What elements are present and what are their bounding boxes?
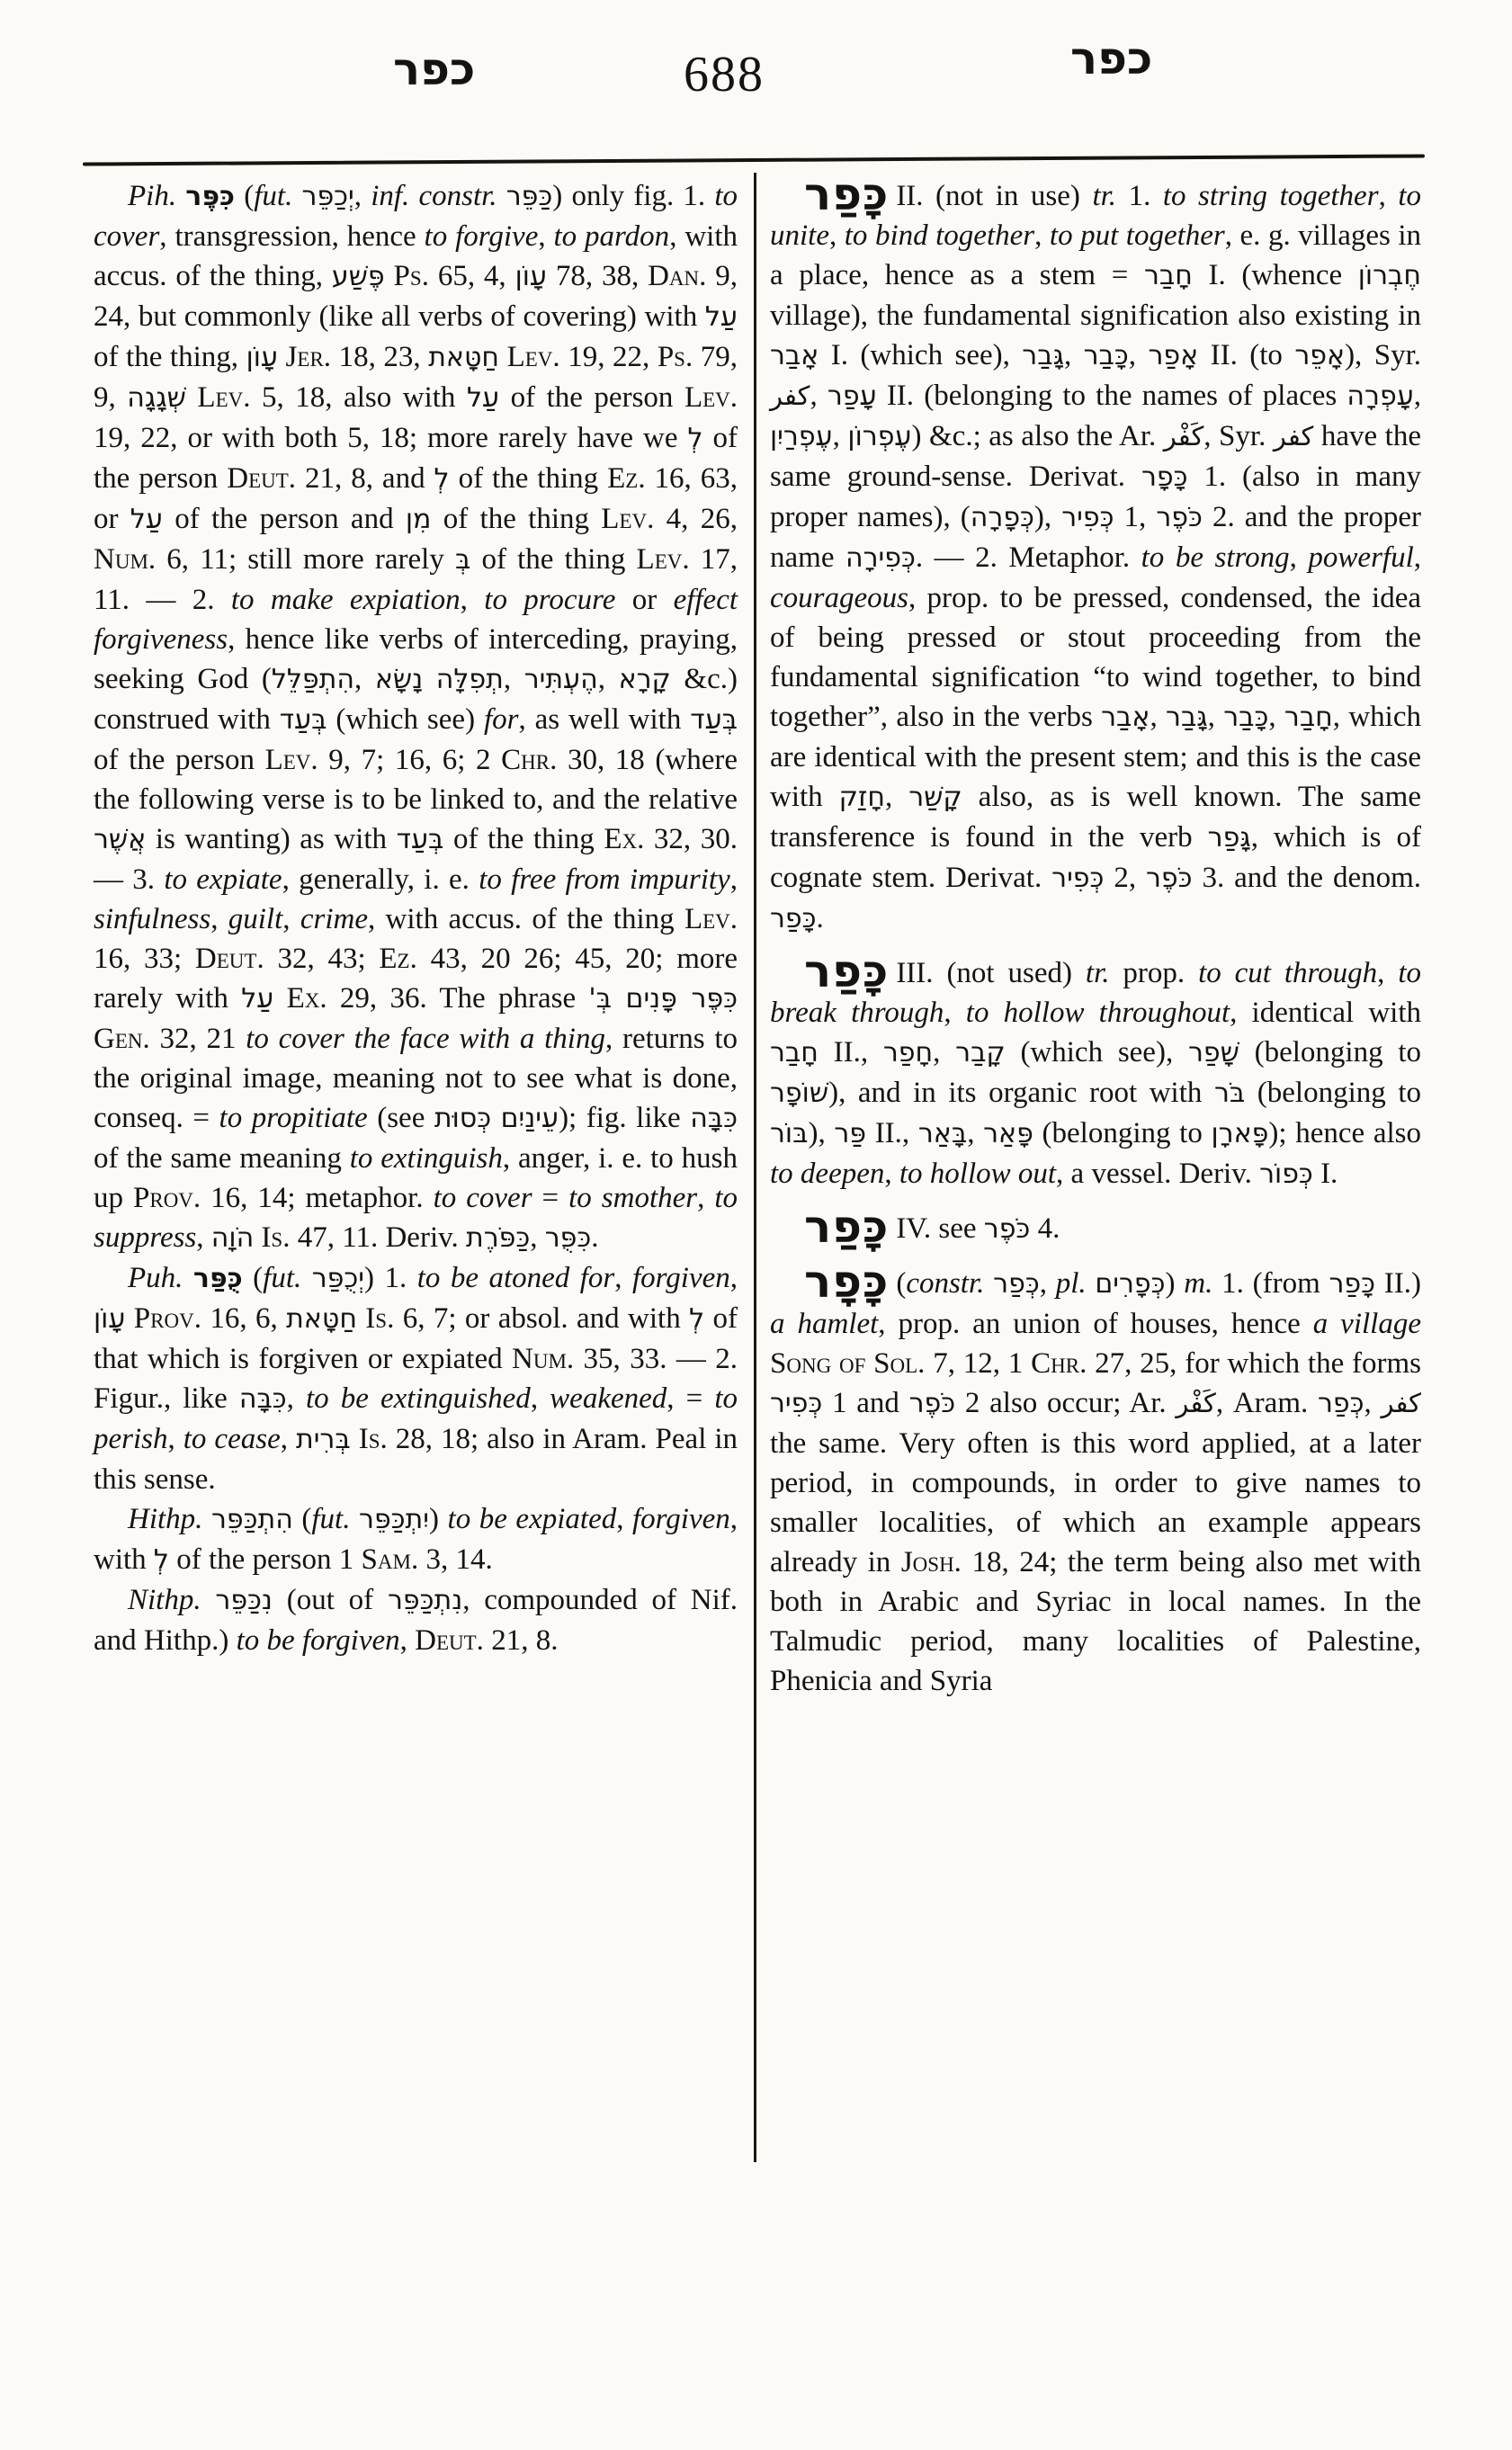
- right-column: כָּפַרII. (not in use) tr. 1. to string …: [770, 176, 1421, 1701]
- entry-kaphar-ii: כָּפַרII. (not in use) tr. 1. to string …: [770, 176, 1421, 939]
- pual-section: Puh. כֻּפַּר (fut. יְכֻפַּר) 1. to be at…: [94, 1258, 738, 1499]
- hebrew-headword: כָּפַר: [804, 168, 889, 220]
- pihel-section: Pih. כִּפֶּר (fut. יְכַפֵּר, inf. constr…: [94, 176, 738, 1258]
- entry-body: II. (not in use) tr. 1. to string togeth…: [770, 180, 1421, 934]
- left-column: Pih. כִּפֶּר (fut. יְכַפֵּר, inf. constr…: [94, 176, 738, 1660]
- header-rule: [83, 154, 1425, 165]
- hebrew-headword: כָּפַר: [804, 945, 889, 997]
- entry-body: IV. see כֹּפֶר 4.: [896, 1212, 1060, 1245]
- hebrew-headword: כָּפַר: [804, 1201, 889, 1253]
- column-divider-rule: [754, 173, 756, 2162]
- header-catchword-left: כפר: [393, 47, 475, 92]
- entry-body: (constr. כְּפַר, pl. כְּפָרִים) m. 1. (f…: [770, 1267, 1421, 1697]
- hebrew-headword: כָּפָר: [804, 1256, 889, 1308]
- entry-kaphar-iii: כָּפַרIII. (not used) tr. prop. to cut t…: [770, 953, 1421, 1194]
- entry-kaphar-iv: כָּפַרIV. see כֹּפֶר 4.: [770, 1209, 1421, 1249]
- hithpael-section: Hithp. הִתְכַּפֵּר (fut. יִתְכַּפֵּר) to…: [94, 1499, 738, 1580]
- lexicon-page: כפר 688 כפר Pih. כִּפֶּר (fut. יְכַפֵּר,…: [0, 0, 1512, 2450]
- header-catchword-right: כפר: [1070, 36, 1152, 81]
- nithpael-section: Nithp. נִכַּפֵּר (out of נִתְכַּפֵּר, co…: [94, 1580, 738, 1660]
- entry-kaphar-noun: כָּפָר(constr. כְּפַר, pl. כְּפָרִים) m.…: [770, 1264, 1421, 1701]
- page-number: 688: [684, 49, 765, 100]
